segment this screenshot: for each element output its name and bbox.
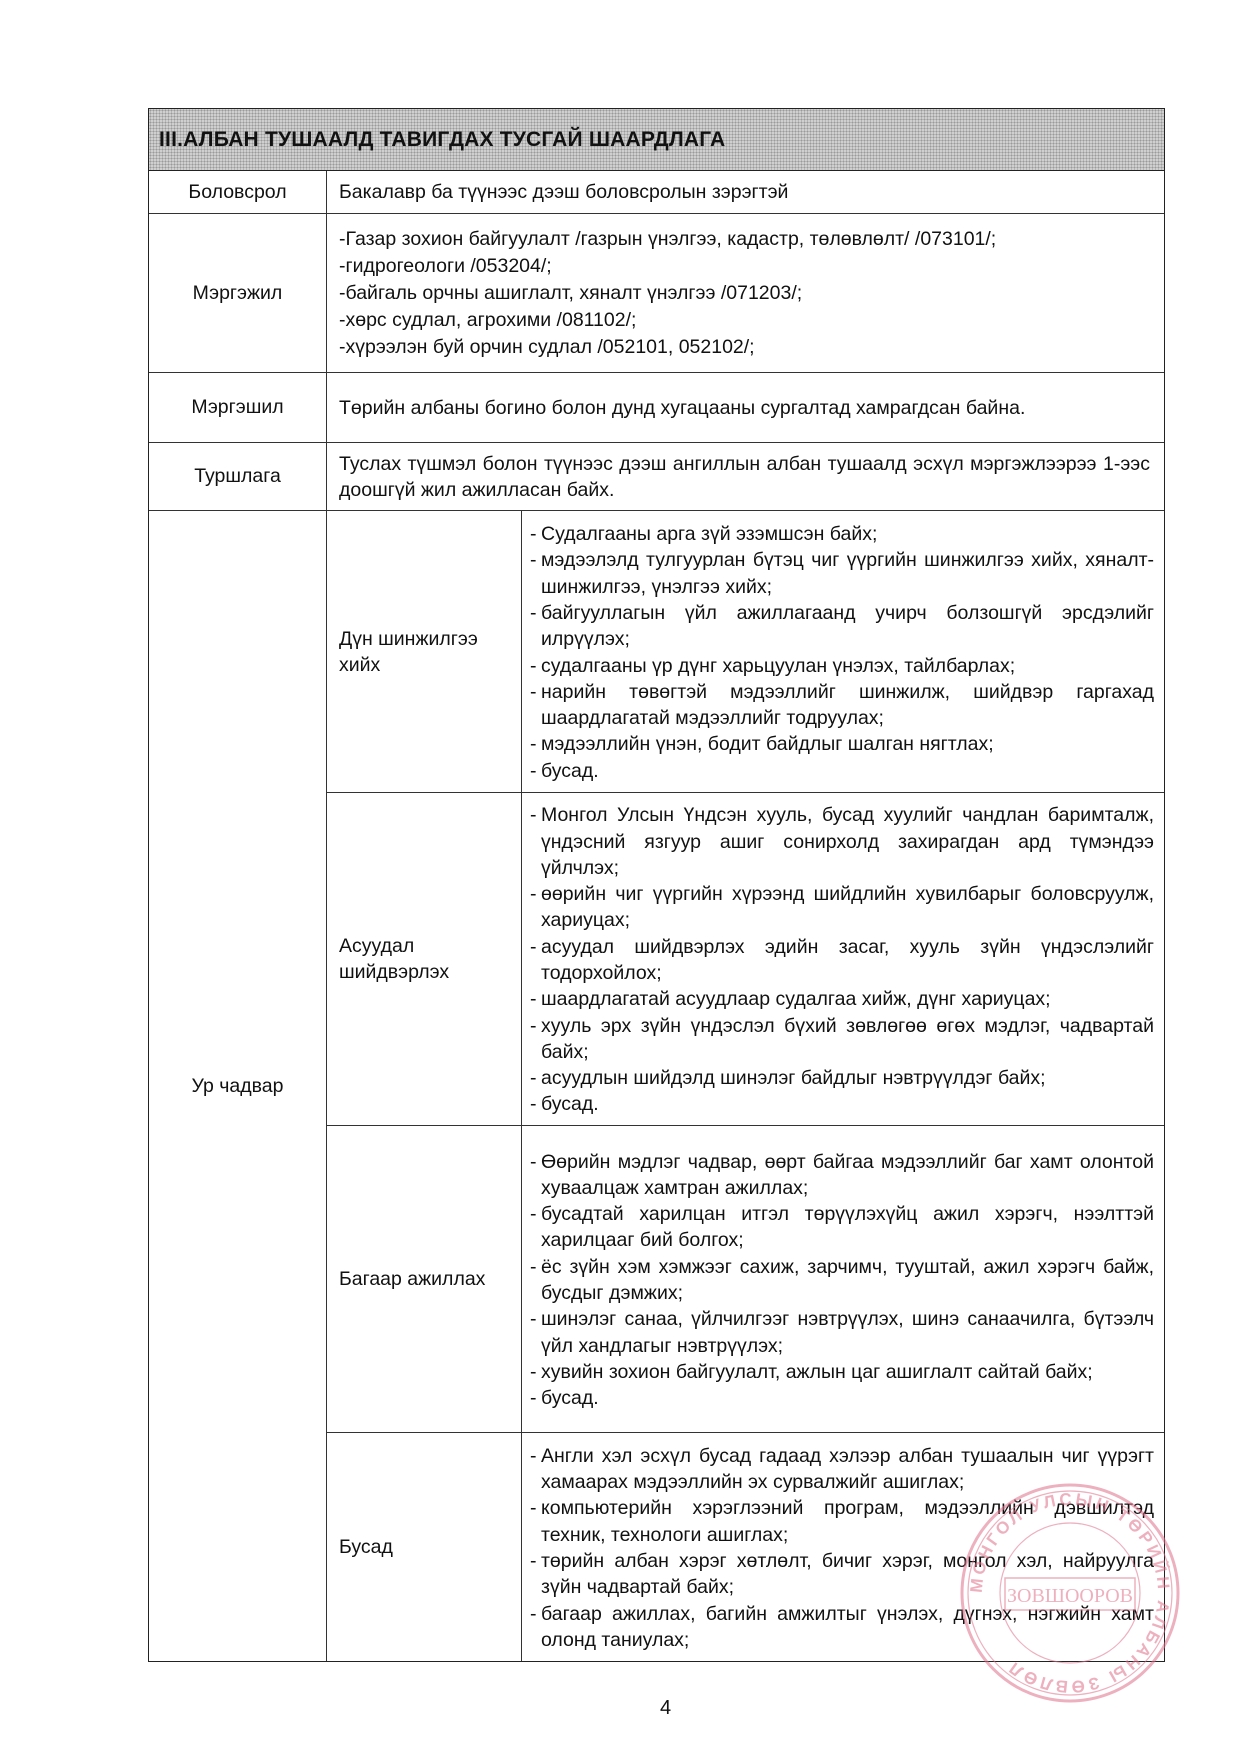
experience-label: Туршлага xyxy=(149,443,327,510)
skill-group-items: -Англи хэл эсхүл бусад гадаад хэлээр алб… xyxy=(522,1433,1164,1661)
bullet-dash: - xyxy=(530,1306,541,1359)
requirements-table: III.АЛБАН ТУШААЛД ТАВИГДАХ ТУСГАЙ ШААРДЛ… xyxy=(148,108,1165,1662)
skill-group-label: Бусад xyxy=(327,1433,522,1661)
skill-item: -бусад. xyxy=(530,758,1154,784)
skill-item-text: Өөрийн мэдлэг чадвар, өөрт байгаа мэдээл… xyxy=(541,1149,1154,1202)
profession-line: -хөрс судлал, агрохими /081102/; xyxy=(339,307,1150,334)
profession-line: -байгаль орчны ашиглалт, хяналт үнэлгээ … xyxy=(339,280,1150,307)
bullet-dash: - xyxy=(530,1548,541,1601)
skills-subtable: Дүн шинжилгээ хийх -Судалгааны арга зүй … xyxy=(327,511,1164,1661)
bullet-dash: - xyxy=(530,1201,541,1254)
experience-value: Туслах түшмэл болон түүнээс дээш ангиллы… xyxy=(327,443,1164,510)
skill-item: -бусадтай харилцан итгэл төрүүлэхүйц ажи… xyxy=(530,1201,1154,1254)
skill-item-text: асуудал шийдвэрлэх эдийн засаг, хууль зү… xyxy=(541,934,1154,987)
bullet-dash: - xyxy=(530,1013,541,1066)
row-experience: Туршлага Туслах түшмэл болон түүнээс дээ… xyxy=(149,443,1164,511)
skill-item-text: бусад. xyxy=(541,758,1154,784)
bullet-dash: - xyxy=(530,653,541,679)
bullet-dash: - xyxy=(530,1443,541,1496)
profession-label: Мэргэжил xyxy=(149,214,327,372)
bullet-dash: - xyxy=(530,1091,541,1117)
bullet-dash: - xyxy=(530,1149,541,1202)
skill-item-text: хувийн зохион байгуулалт, ажлын цаг ашиг… xyxy=(541,1359,1154,1385)
profession-list: -Газар зохион байгуулалт /газрын үнэлгээ… xyxy=(327,214,1164,372)
bullet-dash: - xyxy=(530,934,541,987)
skill-group-analysis: Дүн шинжилгээ хийх -Судалгааны арга зүй … xyxy=(327,511,1164,793)
skill-item-text: мэдээллийн үнэн, бодит байдлыг шалган ня… xyxy=(541,731,1154,757)
skill-item-text: мэдээлэлд тулгуурлан бүтэц чиг үүргийн ш… xyxy=(541,547,1154,600)
skill-group-other: Бусад -Англи хэл эсхүл бусад гадаад хэлэ… xyxy=(327,1433,1164,1661)
bullet-dash: - xyxy=(530,521,541,547)
skill-item-text: шаардлагатай асуудлаар судалгаа хийж, дү… xyxy=(541,986,1154,1012)
skill-item-text: нарийн төвөгтэй мэдээллийг шинжилж, шийд… xyxy=(541,679,1154,732)
education-value: Бакалавр ба түүнээс дээш боловсролын зэр… xyxy=(327,171,1164,213)
bullet-dash: - xyxy=(530,547,541,600)
section-title: III.АЛБАН ТУШААЛД ТАВИГДАХ ТУСГАЙ ШААРДЛ… xyxy=(149,109,1164,171)
skill-item-text: Монгол Улсын Үндсэн хууль, бусад хуулийг… xyxy=(541,802,1154,881)
skill-item: -мэдээллийн үнэн, бодит байдлыг шалган н… xyxy=(530,731,1154,757)
bullet-dash: - xyxy=(530,600,541,653)
skill-item-text: шинэлэг санаа, үйлчилгээг нэвтрүүлэх, ши… xyxy=(541,1306,1154,1359)
skill-item-text: бусад. xyxy=(541,1385,1154,1411)
skill-item: -шаардлагатай асуудлаар судалгаа хийж, д… xyxy=(530,986,1154,1012)
skill-item: -хувийн зохион байгуулалт, ажлын цаг аши… xyxy=(530,1359,1154,1385)
bullet-dash: - xyxy=(530,1065,541,1091)
bullet-dash: - xyxy=(530,986,541,1012)
skill-item-text: бусадтай харилцан итгэл төрүүлэхүйц ажил… xyxy=(541,1201,1154,1254)
skill-item: -асуудлын шийдэлд шинэлэг байдлыг нэвтрү… xyxy=(530,1065,1154,1091)
skill-item: -Өөрийн мэдлэг чадвар, өөрт байгаа мэдээ… xyxy=(530,1149,1154,1202)
bullet-dash: - xyxy=(530,1359,541,1385)
specialization-label: Мэргэшил xyxy=(149,373,327,442)
bullet-dash: - xyxy=(530,1601,541,1654)
skill-item-text: байгууллагын үйл ажиллагаанд учирч болзо… xyxy=(541,600,1154,653)
skill-item-text: багаар ажиллах, багийн амжилтыг үнэлэх, … xyxy=(541,1601,1154,1654)
skill-item: -асуудал шийдвэрлэх эдийн засаг, хууль з… xyxy=(530,934,1154,987)
profession-line: -гидрогеологи /053204/; xyxy=(339,253,1150,280)
bullet-dash: - xyxy=(530,679,541,732)
row-specialization: Мэргэшил Төрийн албаны богино болон дунд… xyxy=(149,373,1164,443)
row-education: Боловсрол Бакалавр ба түүнээс дээш болов… xyxy=(149,171,1164,214)
profession-line: -Газар зохион байгуулалт /газрын үнэлгээ… xyxy=(339,226,1150,253)
skill-item-text: Судалгааны арга зүй эзэмшсэн байх; xyxy=(541,521,1154,547)
row-skills: Ур чадвар Дүн шинжилгээ хийх -Судалгааны… xyxy=(149,511,1164,1661)
bullet-dash: - xyxy=(530,1385,541,1411)
skill-item-text: асуудлын шийдэлд шинэлэг байдлыг нэвтрүү… xyxy=(541,1065,1154,1091)
row-profession: Мэргэжил -Газар зохион байгуулалт /газры… xyxy=(149,214,1164,373)
bullet-dash: - xyxy=(530,802,541,881)
skill-item: -Монгол Улсын Үндсэн хууль, бусад хуулий… xyxy=(530,802,1154,881)
skill-group-items: -Судалгааны арга зүй эзэмшсэн байх;-мэдэ… xyxy=(522,511,1164,792)
skill-group-label: Асуудал шийдвэрлэх xyxy=(327,793,522,1125)
skill-item: -мэдээлэлд тулгуурлан бүтэц чиг үүргийн … xyxy=(530,547,1154,600)
bullet-dash: - xyxy=(530,731,541,757)
skill-group-label: Дүн шинжилгээ хийх xyxy=(327,511,522,792)
skill-item: -нарийн төвөгтэй мэдээллийг шинжилж, ший… xyxy=(530,679,1154,732)
skill-group-problem-solving: Асуудал шийдвэрлэх -Монгол Улсын Үндсэн … xyxy=(327,793,1164,1126)
bullet-dash: - xyxy=(530,758,541,784)
skill-item: -байгууллагын үйл ажиллагаанд учирч болз… xyxy=(530,600,1154,653)
page-number: 4 xyxy=(660,1697,671,1720)
skill-item: -Англи хэл эсхүл бусад гадаад хэлээр алб… xyxy=(530,1443,1154,1496)
skill-group-items: -Монгол Улсын Үндсэн хууль, бусад хуулий… xyxy=(522,793,1164,1125)
skill-item-text: өөрийн чиг үүргийн хүрээнд шийдлийн хуви… xyxy=(541,881,1154,934)
skill-item-text: судалгааны үр дүнг харьцуулан үнэлэх, та… xyxy=(541,653,1154,679)
skill-item: -шинэлэг санаа, үйлчилгээг нэвтрүүлэх, ш… xyxy=(530,1306,1154,1359)
skills-label: Ур чадвар xyxy=(149,511,327,1661)
skill-item: -ёс зүйн хэм хэмжээг сахиж, зарчимч, туу… xyxy=(530,1254,1154,1307)
skill-item: -Судалгааны арга зүй эзэмшсэн байх; xyxy=(530,521,1154,547)
profession-line: -хүрээлэн буй орчин судлал /052101, 0521… xyxy=(339,334,1150,361)
skill-item-text: бусад. xyxy=(541,1091,1154,1117)
skill-item-text: ёс зүйн хэм хэмжээг сахиж, зарчимч, тууш… xyxy=(541,1254,1154,1307)
bullet-dash: - xyxy=(530,1254,541,1307)
skill-item: -өөрийн чиг үүргийн хүрээнд шийдлийн хув… xyxy=(530,881,1154,934)
skill-item-text: Англи хэл эсхүл бусад гадаад хэлээр алба… xyxy=(541,1443,1154,1496)
education-label: Боловсрол xyxy=(149,171,327,213)
skill-item: -компьютерийн хэрэглээний програм, мэдээ… xyxy=(530,1495,1154,1548)
skill-item-text: хууль эрх зүйн үндэслэл бүхий зөвлөгөө ө… xyxy=(541,1013,1154,1066)
skill-item: -бусад. xyxy=(530,1385,1154,1411)
skill-item: -төрийн албан хэрэг хөтлөлт, бичиг хэрэг… xyxy=(530,1548,1154,1601)
skill-group-teamwork: Багаар ажиллах -Өөрийн мэдлэг чадвар, өө… xyxy=(327,1126,1164,1433)
skill-item: -судалгааны үр дүнг харьцуулан үнэлэх, т… xyxy=(530,653,1154,679)
skill-item: -багаар ажиллах, багийн амжилтыг үнэлэх,… xyxy=(530,1601,1154,1654)
bullet-dash: - xyxy=(530,881,541,934)
skill-item-text: компьютерийн хэрэглээний програм, мэдээл… xyxy=(541,1495,1154,1548)
skill-group-items: -Өөрийн мэдлэг чадвар, өөрт байгаа мэдээ… xyxy=(522,1126,1164,1432)
skill-item-text: төрийн албан хэрэг хөтлөлт, бичиг хэрэг,… xyxy=(541,1548,1154,1601)
specialization-value: Төрийн албаны богино болон дунд хугацаан… xyxy=(327,373,1164,442)
bullet-dash: - xyxy=(530,1495,541,1548)
skill-item: -хууль эрх зүйн үндэслэл бүхий зөвлөгөө … xyxy=(530,1013,1154,1066)
skill-group-label: Багаар ажиллах xyxy=(327,1126,522,1432)
skill-item: -бусад. xyxy=(530,1091,1154,1117)
